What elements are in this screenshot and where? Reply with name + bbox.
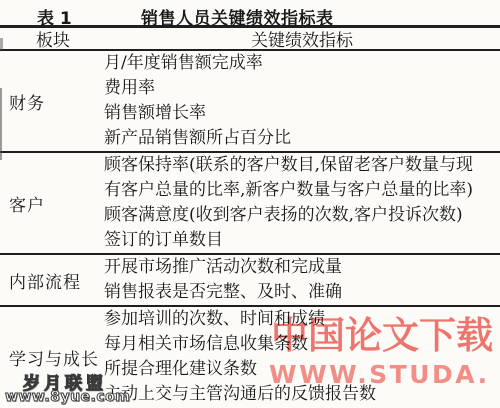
- kpi-item: 开展市场推广活动次数和完成量: [104, 255, 500, 280]
- section-items: 顾客保持率(联系的客户数目,保留老客户数量与现有客户总量的比率,新客户数量与客户…: [104, 153, 500, 253]
- watermark-studa-url: WWW.STUDA.: [269, 362, 490, 387]
- section-items: 开展市场推广活动次数和完成量销售报表是否完整、及时、准确: [104, 255, 500, 305]
- section-row-1: 财务月/年度销售额完成率费用率销售额增长率新产品销售额所占百分比: [0, 51, 500, 153]
- table-number: 表 1: [37, 4, 72, 29]
- kpi-item: 销售额增长率: [104, 101, 500, 126]
- table-header-row: 板块 关键绩效指标: [0, 28, 500, 51]
- section-label: 客户: [0, 153, 104, 253]
- section-row-2: 客户顾客保持率(联系的客户数目,保留老客户数量与现有客户总量的比率,新客户数量与…: [0, 153, 500, 255]
- section-label: 内部流程: [0, 255, 104, 305]
- kpi-item: 签订的订单数目: [104, 228, 500, 253]
- section-items: 月/年度销售额完成率费用率销售额增长率新产品销售额所占百分比: [104, 51, 500, 151]
- section-label: 财务: [0, 51, 104, 151]
- header-col-kpi: 关键绩效指标: [104, 26, 500, 51]
- header-col-module: 板块: [0, 26, 104, 51]
- watermark-cn-download-text: 中国论文下载: [271, 317, 493, 354]
- scanned-document-page: 表 1 销售人员关键绩效指标表 板块 关键绩效指标 财务月/年度销售额完成率费用…: [0, 0, 500, 408]
- kpi-item: 顾客保持率(联系的客户数目,保留老客户数量与现: [104, 153, 500, 178]
- table-title: 销售人员关键绩效指标表: [141, 4, 334, 29]
- watermark-stamp-url: www.8yue.com: [5, 389, 130, 405]
- scan-edge-artifact: [0, 88, 2, 160]
- section-row-3: 内部流程开展市场推广活动次数和完成量销售报表是否完整、及时、准确: [0, 255, 500, 307]
- kpi-item: 销售报表是否完整、及时、准确: [104, 280, 500, 305]
- kpi-item: 费用率: [104, 76, 500, 101]
- table-caption-row: 表 1 销售人员关键绩效指标表: [0, 0, 500, 28]
- kpi-item: 顾客满意度(收到客户表扬的次数,客户投诉次数): [104, 203, 500, 228]
- kpi-item: 新产品销售额所占百分比: [104, 126, 500, 151]
- kpi-item: 有客户总量的比率,新客户数量与客户总量的比率): [104, 178, 500, 203]
- kpi-item: 月/年度销售额完成率: [104, 51, 500, 76]
- scan-corner-artifact: [0, 38, 3, 50]
